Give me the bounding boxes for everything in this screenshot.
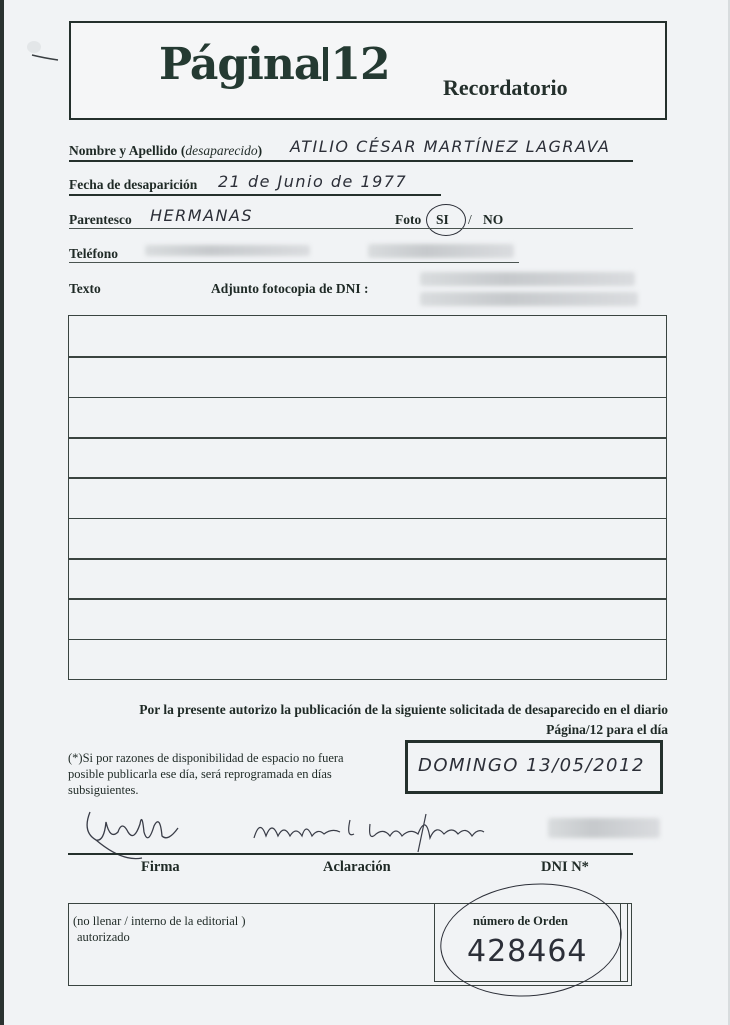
phone-underline xyxy=(69,262,519,263)
relationship-underline xyxy=(69,228,633,229)
signature-aclaracion xyxy=(250,808,490,858)
text-area-rule xyxy=(69,437,666,439)
photo-separator: / xyxy=(468,212,472,228)
date-underline xyxy=(69,194,441,196)
form-title: Recordatorio xyxy=(443,75,568,101)
photo-label: Foto xyxy=(395,212,421,228)
name-label: Nombre y Apellido (desaparecido) xyxy=(69,143,262,159)
authorization-line1: Por la presente autorizo la publicación … xyxy=(68,700,668,720)
date-value[interactable]: 21 de Junio de 1977 xyxy=(218,172,407,191)
relationship-value[interactable]: HERMANAS xyxy=(150,206,253,225)
firma-label: Firma xyxy=(141,859,180,876)
pagina12-logo: Página12 xyxy=(159,39,390,90)
text-area-rule xyxy=(69,356,666,358)
dni-copy-label: Adjunto fotocopia de DNI : xyxy=(211,281,369,297)
text-area-rule xyxy=(69,477,666,479)
dni-label: DNI N* xyxy=(541,859,589,876)
scan-mark-icon xyxy=(26,40,62,62)
name-label-end: ) xyxy=(258,143,263,158)
text-label: Texto xyxy=(69,281,101,297)
dni-copy-redacted-1 xyxy=(420,272,635,286)
scan-edge xyxy=(0,0,4,1025)
text-area-rule xyxy=(69,558,666,560)
name-label-italic: desaparecido xyxy=(185,143,257,158)
signature-line xyxy=(68,853,633,855)
phone-redacted-1 xyxy=(145,245,310,256)
authorization-line2: Página/12 para el día xyxy=(68,720,668,740)
logo-text: Página xyxy=(159,39,321,90)
header-box: Página12 Recordatorio xyxy=(69,21,667,120)
text-area-rule xyxy=(69,598,666,600)
photo-option-no[interactable]: NO xyxy=(483,212,503,228)
text-area-rule xyxy=(69,639,666,641)
text-area[interactable] xyxy=(68,315,667,680)
authorization-text: Por la presente autorizo la publicación … xyxy=(68,700,668,740)
publication-date-box[interactable]: DOMINGO 13/05/2012 xyxy=(405,740,663,794)
reschedule-note: (*)Si por razones de disponibilidad de e… xyxy=(68,750,358,798)
dni-copy-redacted-2 xyxy=(420,292,638,306)
name-value[interactable]: ATILIO CÉSAR MARTÍNEZ LAGRAVA xyxy=(290,137,610,156)
phone-redacted-2 xyxy=(368,244,514,258)
logo-bar xyxy=(323,47,328,81)
internal-note: (no llenar / interno de la editorial ) a… xyxy=(73,913,246,945)
dni-redacted xyxy=(548,818,660,838)
text-area-rule xyxy=(69,397,666,399)
name-label-text: Nombre y Apellido ( xyxy=(69,143,185,158)
photo-selected-circle xyxy=(426,204,466,236)
internal-note-line1: (no llenar / interno de la editorial ) xyxy=(73,913,246,929)
logo-number: 12 xyxy=(330,39,389,90)
phone-label: Teléfono xyxy=(69,246,118,262)
aclaracion-label: Aclaración xyxy=(323,859,391,876)
relationship-label: Parentesco xyxy=(69,212,132,228)
name-underline xyxy=(69,160,633,162)
date-label: Fecha de desaparición xyxy=(69,177,197,193)
text-area-rule xyxy=(69,518,666,520)
internal-note-line2: autorizado xyxy=(73,929,246,945)
publication-date-value: DOMINGO 13/05/2012 xyxy=(418,755,645,776)
